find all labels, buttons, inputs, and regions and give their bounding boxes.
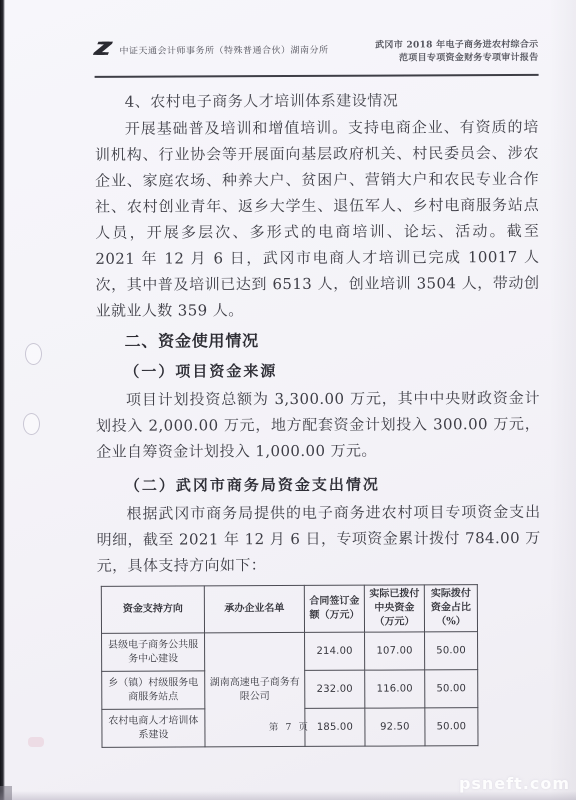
table-header-row: 资金支持方向 承办企业名单 合同签订金额（万元） 实际已拨付中央资金（万元） 实…	[101, 585, 477, 634]
report-title: 武冈市 2018 年电子商务进农村综合示 范项目专项资金财务专项审计报告	[375, 39, 538, 66]
subsection2-heading: （二）武冈市商务局资金支出情况	[96, 474, 540, 497]
subsection4-title: 4、农村电子商务人才培训体系建设情况	[95, 88, 539, 114]
col-header-paid-central: 实际已拨付中央资金（万元）	[364, 585, 424, 632]
binder-hole-mark	[25, 343, 42, 365]
col-header-ratio: 实际拨付资金占比（%）	[424, 585, 477, 632]
cell-paid: 116.00	[365, 670, 425, 708]
col-header-direction: 资金支持方向	[101, 586, 204, 633]
firm-logo-icon: Z	[93, 41, 110, 59]
scan-corner-bottom-left	[0, 786, 12, 800]
cell-ratio: 50.00	[425, 670, 478, 708]
cell-ratio: 50.00	[425, 632, 478, 670]
report-title-line2: 范项目专项资金财务专项审计报告	[375, 52, 538, 66]
table-row: 县级电子商务公共服务中心建设 湖南高速电子商务有限公司 214.00 107.0…	[102, 632, 478, 672]
paragraph-expenditure: 根据武冈市商务局提供的电子商务进农村项目专项资金支出明细，截至 2021 年 1…	[96, 499, 540, 579]
paper: Z 中证天通会计师事务所（特殊普通合伙）湖南分所 武冈市 2018 年电子商务进…	[0, 0, 576, 800]
header-rule	[95, 74, 539, 78]
firm-block: Z 中证天通会计师事务所（特殊普通合伙）湖南分所	[94, 40, 328, 59]
section2-heading: 二、资金使用情况	[96, 329, 540, 353]
col-header-contract-amount: 合同签订金额（万元）	[304, 585, 364, 632]
cell-paid: 107.00	[365, 632, 425, 670]
subsection1-heading: （一）项目资金来源	[96, 360, 540, 383]
paragraph-funding-source: 项目计划投资总额为 3,300.00 万元，其中中央财政资金计划投入 2,000…	[96, 385, 540, 465]
scan-shade-right	[550, 0, 576, 800]
cell-direction: 县级电子商务公共服务中心建设	[102, 633, 205, 671]
cell-direction: 乡（镇）村级服务电商服务站点	[102, 671, 205, 709]
report-title-line1: 武冈市 2018 年电子商务进农村综合示	[375, 39, 538, 53]
page-header: Z 中证天通会计师事务所（特殊普通合伙）湖南分所 武冈市 2018 年电子商务进…	[94, 39, 538, 67]
scan-edge-left	[0, 0, 5, 800]
watermark: psneft.com	[459, 774, 570, 793]
col-header-company: 承办企业名单	[204, 585, 304, 632]
cell-contract: 214.00	[305, 632, 365, 670]
binder-hole-mark	[23, 413, 40, 435]
paragraph-training: 开展基础普及培训和增值培训。支持电商企业、有资质的培训机构、行业协会等开展面向基…	[95, 114, 540, 324]
page-content: Z 中证天通会计师事务所（特殊普通合伙）湖南分所 武冈市 2018 年电子商务进…	[94, 39, 541, 748]
cell-contract: 232.00	[305, 670, 365, 708]
scan-smudge	[28, 737, 44, 747]
scanned-document-photo: Z 中证天通会计师事务所（特殊普通合伙）湖南分所 武冈市 2018 年电子商务进…	[0, 0, 576, 800]
page-number: 第 7 页	[1, 718, 576, 735]
firm-name: 中证天通会计师事务所（特殊普通合伙）湖南分所	[120, 42, 329, 56]
